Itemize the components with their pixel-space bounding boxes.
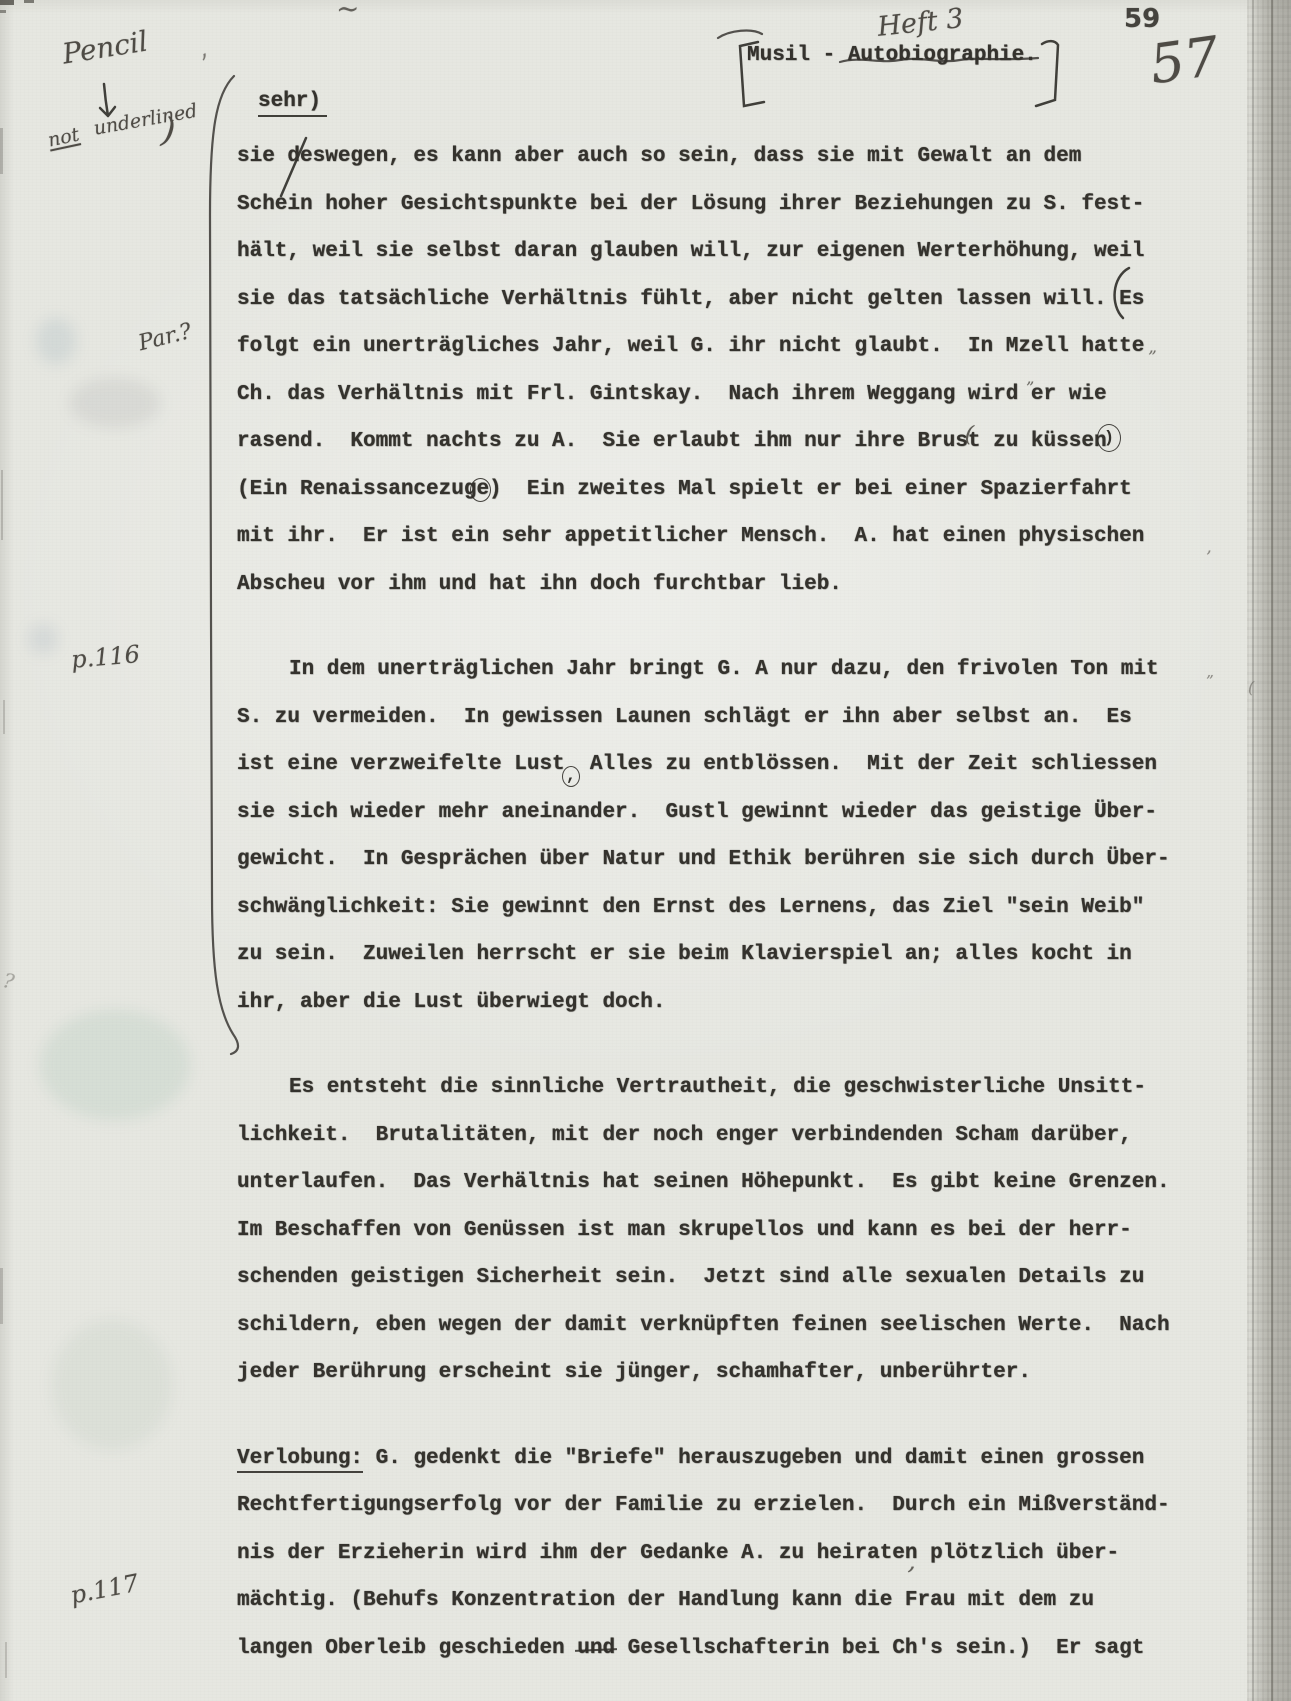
typed-line: Verlobung: G. gedenkt die "Briefe" herau… bbox=[237, 1435, 1197, 1483]
typed-line: unterlaufen. Das Verhältnis hat seinen H… bbox=[237, 1159, 1197, 1207]
typed-line: hält, weil sie selbst daran glauben will… bbox=[237, 228, 1197, 276]
page-title: Musil - Autobiographie. bbox=[747, 44, 1037, 67]
typed-line: mächtig. (Behufs Konzentration der Handl… bbox=[237, 1577, 1197, 1625]
typed-line: nis der Erzieherin wird ihm der Gedanke … bbox=[237, 1530, 1197, 1578]
page-number-typed: 59 bbox=[1124, 4, 1160, 34]
stray-mark: ” bbox=[1026, 378, 1034, 397]
typed-line: ist eine verzweifelte Lust Alles zu entb… bbox=[237, 741, 1197, 789]
typed-line: Abscheu vor ihm und hat ihn doch furchtb… bbox=[237, 561, 1197, 609]
page-number-pencil: 57 bbox=[1146, 24, 1223, 96]
stray-mark: ~ bbox=[336, 0, 359, 25]
typed-line: zu sein. Zuweilen herrscht er sie beim K… bbox=[237, 931, 1197, 979]
p116-note: p.116 bbox=[70, 640, 141, 674]
typed-line: sie deswegen, es kann aber auch so sein,… bbox=[237, 133, 1197, 181]
margin-brace bbox=[210, 76, 238, 1054]
typed-line: Im Beschaffen von Genüssen ist man skrup… bbox=[237, 1207, 1197, 1255]
header-bracket-right bbox=[1036, 41, 1058, 106]
kussen-circled-paren: ) bbox=[1097, 424, 1121, 452]
pencil-arrow bbox=[100, 84, 115, 116]
typed-line: mit ihr. Er ist ein sehr appetitlicher M… bbox=[237, 513, 1197, 561]
typed-line: S. zu vermeiden. In gewissen Launen schl… bbox=[237, 694, 1197, 742]
header-bracket-flourish bbox=[718, 31, 762, 38]
typed-line: (Ein Renaissancezuge) Ein zweites Mal sp… bbox=[237, 466, 1197, 514]
typed-line: langen Oberleib geschieden und Gesellsch… bbox=[237, 1625, 1197, 1673]
typed-line: Es entsteht die sinnliche Vertrautheit, … bbox=[237, 1064, 1197, 1112]
typed-line: In dem unerträglichen Jahr bringt G. A n… bbox=[237, 646, 1197, 694]
stray-mark: ( bbox=[1248, 678, 1254, 697]
typed-line: Ch. das Verhältnis mit Frl. Gintskay. Na… bbox=[237, 371, 1197, 419]
paragraph-3: Es entsteht die sinnliche Vertrautheit, … bbox=[237, 1064, 1197, 1397]
typed-line: gewicht. In Gesprächen über Natur und Et… bbox=[237, 836, 1197, 884]
renaissance-letter-circle bbox=[470, 478, 491, 502]
paragraph-2: In dem unerträglichen Jahr bringt G. A n… bbox=[237, 646, 1197, 1026]
stray-mark: ’ bbox=[1206, 548, 1211, 568]
typed-line: schenden geistigen Sicherheit sein. Jetz… bbox=[237, 1254, 1197, 1302]
typed-line: schwänglichkeit: Sie gewinnt den Ernst d… bbox=[237, 884, 1197, 932]
stray-mark: ” bbox=[1206, 672, 1214, 690]
typed-line: jeder Berührung erscheint sie jünger, sc… bbox=[237, 1349, 1197, 1397]
stray-mark: ( bbox=[964, 422, 975, 448]
paragraph-4: Verlobung: G. gedenkt die "Briefe" herau… bbox=[237, 1435, 1197, 1673]
typed-line: lichkeit. Brutalitäten, mit der noch eng… bbox=[237, 1112, 1197, 1160]
typed-line: Schein hoher Gesichtspunkte bei der Lösu… bbox=[237, 181, 1197, 229]
typed-line: sie das tatsächliche Verhältnis fühlt, a… bbox=[237, 276, 1197, 324]
scanned-page: Musil - Autobiographie. sehr) sie desweg… bbox=[0, 0, 1291, 1701]
paragraph-1: sie deswegen, es kann aber auch so sein,… bbox=[237, 133, 1197, 608]
typed-insert-sehr: sehr) bbox=[258, 90, 327, 117]
stray-mark: ” bbox=[1148, 348, 1157, 368]
typed-line: ihr, aber die Lust überwiegt doch. bbox=[237, 979, 1197, 1027]
lust-circled-comma: , bbox=[562, 766, 580, 787]
typed-line: Rechtfertigungserfolg vor der Familie zu… bbox=[237, 1482, 1197, 1530]
typed-line: rasend. Kommt nachts zu A. Sie erlaubt i… bbox=[237, 418, 1197, 466]
struck-text: und bbox=[577, 1637, 615, 1660]
typed-line: folgt ein unerträgliches Jahr, weil G. i… bbox=[237, 323, 1197, 371]
typed-line: schildern, eben wegen der damit verknüpf… bbox=[237, 1302, 1197, 1350]
typed-line: sie sich wieder mehr aneinander. Gustl g… bbox=[237, 789, 1197, 837]
document-body: sie deswegen, es kann aber auch so sein,… bbox=[237, 133, 1197, 1672]
underlined-text: Verlobung: bbox=[237, 1447, 363, 1473]
